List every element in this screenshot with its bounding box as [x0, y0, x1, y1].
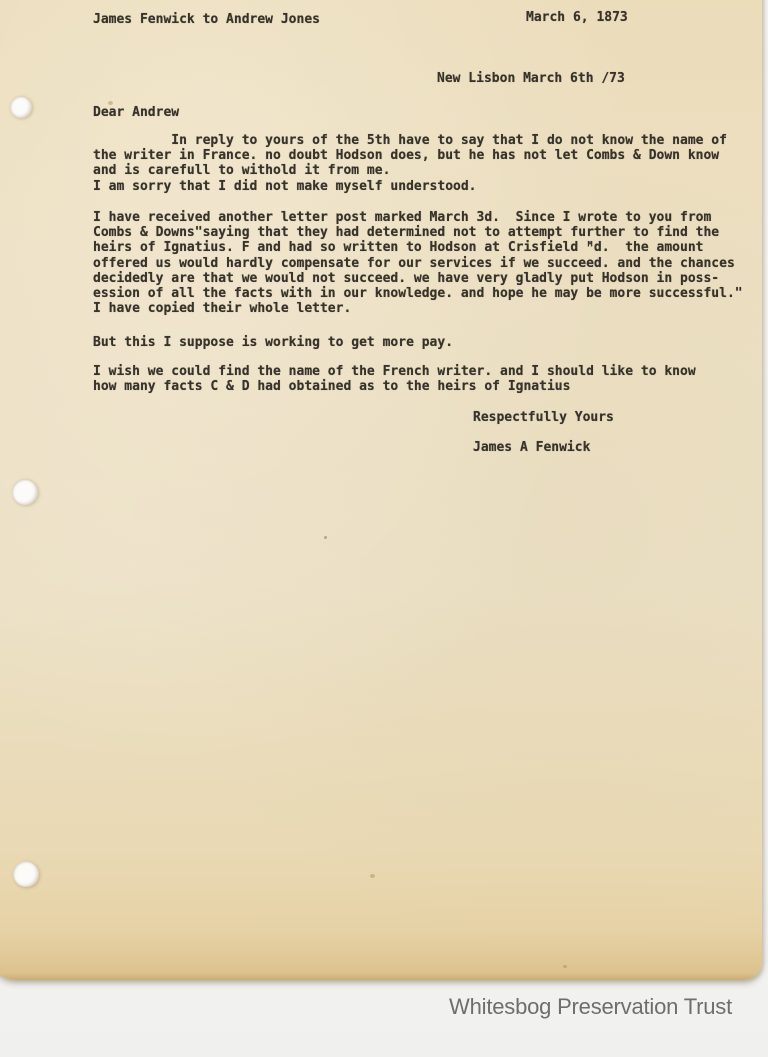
watermark-text: Whitesbog Preservation Trust — [449, 994, 732, 1020]
letter-paper — [0, 0, 762, 980]
hole-punch-bottom — [13, 861, 39, 887]
hole-punch-middle — [12, 479, 38, 505]
paper-speck — [324, 536, 327, 539]
paper-speck — [370, 874, 375, 878]
scan-page: { "letter": { "header_left": "James Fenw… — [0, 0, 768, 1057]
paper-speck — [108, 101, 113, 105]
hole-punch-top — [10, 96, 32, 118]
paper-speck — [563, 965, 567, 968]
